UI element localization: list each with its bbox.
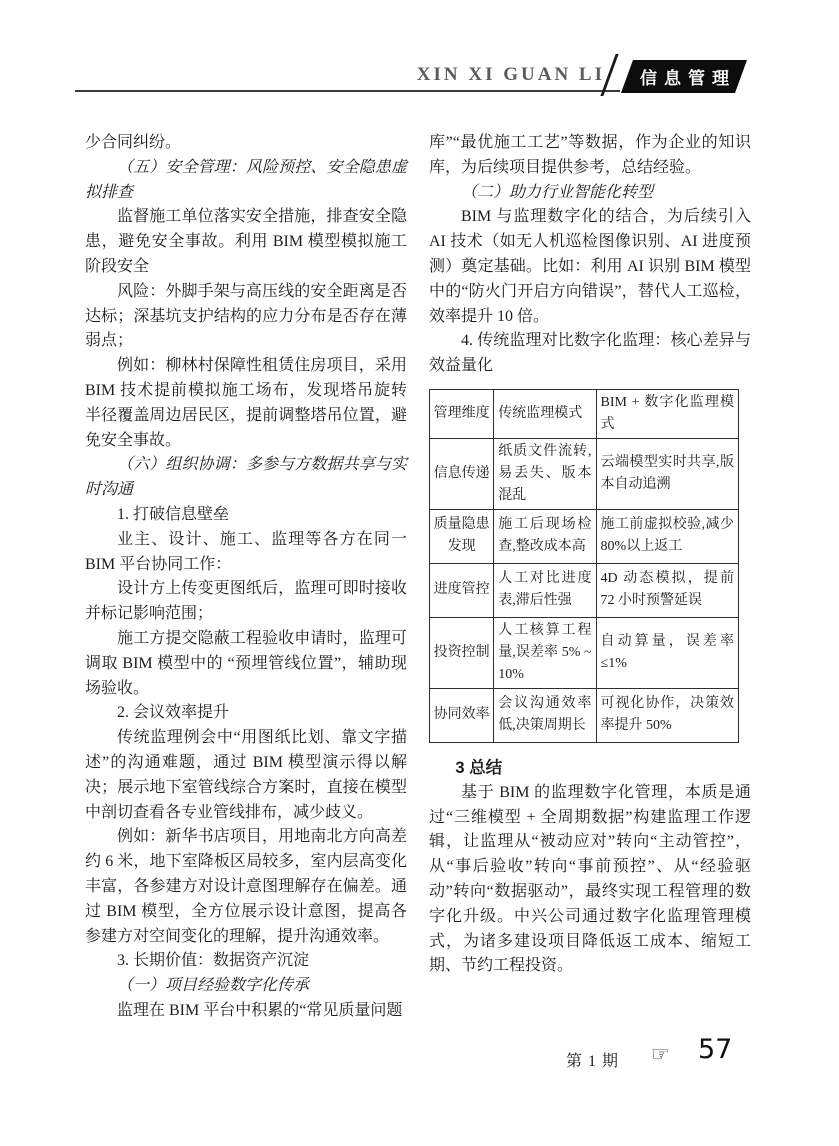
subsection-heading: （六）组织协调：多参与方数据共享与实时沟通 <box>85 453 407 503</box>
table-cell: 人工核算工程量,误差率 5% ~ 10% <box>494 617 596 688</box>
table-cell: 会议沟通效率低,决策周期长 <box>494 688 596 742</box>
paragraph: 施工方提交隐蔽工程验收申请时，监理可调取 BIM 模型中的 “预埋管线位置”，辅… <box>85 627 407 701</box>
subsection-heading: （五）安全管理：风险预控、安全隐患虚拟排查 <box>85 156 407 206</box>
paragraph: 4. 传统监理对比数字化监理：核心差异与效益量化 <box>429 329 751 379</box>
summary-heading: 3 总结 <box>429 756 751 781</box>
comparison-table: 管理维度传统监理模式BIM + 数字化监理模式信息传递纸质文件流转,易丢失、版本… <box>429 389 739 743</box>
table-header-cell: 管理维度 <box>430 389 494 438</box>
paragraph: 监督施工单位落实安全措施，排查安全隐患，避免安全事故。利用 BIM 模型模拟施工… <box>85 205 407 279</box>
table-cell: 4D 动态模拟，提前 72 小时预警延误 <box>596 563 738 617</box>
right-column: 库”“最优施工工艺”等数据，作为企业的知识库，为后续项目提供参考，总结经验。（二… <box>429 131 751 979</box>
comparison-table-wrap: 管理维度传统监理模式BIM + 数字化监理模式信息传递纸质文件流转,易丢失、版本… <box>429 389 751 743</box>
section-banner: 信息管理 <box>621 60 747 93</box>
table-header-row: 管理维度传统监理模式BIM + 数字化监理模式 <box>430 389 739 438</box>
pointing-hand-icon: ☞ <box>651 1042 670 1066</box>
table-cell: 人工对比进度表,滞后性强 <box>494 563 596 617</box>
table-row: 进度管控人工对比进度表,滞后性强4D 动态模拟，提前 72 小时预警延误 <box>430 563 739 617</box>
table-row: 协同效率会议沟通效率低,决策周期长可视化协作，决策效率提升 50% <box>430 688 739 742</box>
paragraph: 3. 长期价值：数据资产沉淀 <box>85 949 407 974</box>
paragraph: 业主、设计、施工、监理等各方在同一 BIM 平台协同工作： <box>85 528 407 578</box>
table-row: 信息传递纸质文件流转,易丢失、版本混乱云端模型实时共享,版本自动追溯 <box>430 438 739 509</box>
section-banner-label: 信息管理 <box>633 64 736 89</box>
table-cell: 进度管控 <box>430 563 494 617</box>
table-cell: 自动算量，误差率≤1% <box>596 617 738 688</box>
header-rule <box>75 90 620 92</box>
paragraph: 风险：外脚手架与高压线的安全距离是否达标；深基坑支护结构的应力分布是否存在薄弱点… <box>85 280 407 354</box>
table-cell: 信息传递 <box>430 438 494 509</box>
right-column-upper-text: 库”“最优施工工艺”等数据，作为企业的知识库，为后续项目提供参考，总结经验。（二… <box>429 131 751 379</box>
issue-label: 第 1 期 <box>566 1048 619 1071</box>
table-cell: 协同效率 <box>430 688 494 742</box>
paragraph: 库”“最优施工工艺”等数据，作为企业的知识库，为后续项目提供参考，总结经验。 <box>429 131 751 181</box>
paragraph: 基于 BIM 的监理数字化管理，本质是通过“三维模型 + 全周期数据”构建监理工… <box>429 781 751 979</box>
paragraph: 例如：柳林村保障性租赁住房项目，采用 BIM 技术提前模拟施工场布，发现塔吊旋转… <box>85 354 407 453</box>
header-romanized-title: XIN XI GUAN LI <box>417 64 605 86</box>
table-header-cell: 传统监理模式 <box>494 389 596 438</box>
paragraph: 2. 会议效率提升 <box>85 701 407 726</box>
subsection-heading: （一）项目经验数字化传承 <box>85 974 407 999</box>
page-footer: 第 1 期 ☞ 57 <box>0 1038 839 1078</box>
paragraph: 设计方上传变更图纸后，监理可即时接收并标记影响范围； <box>85 577 407 627</box>
paragraph: 监理在 BIM 平台中积累的“常见质量问题 <box>85 999 407 1024</box>
table-cell: 施工后现场检查,整改成本高 <box>494 509 596 563</box>
table-cell: 投资控制 <box>430 617 494 688</box>
table-cell: 纸质文件流转,易丢失、版本混乱 <box>494 438 596 509</box>
subsection-heading: （二）助力行业智能化转型 <box>429 181 751 206</box>
left-column: 少合同纠纷。（五）安全管理：风险预控、安全隐患虚拟排查监督施工单位落实安全措施，… <box>85 131 407 1024</box>
table-row: 投资控制人工核算工程量,误差率 5% ~ 10%自动算量，误差率≤1% <box>430 617 739 688</box>
table-header-cell: BIM + 数字化监理模式 <box>596 389 738 438</box>
journal-page: XIN XI GUAN LI 信息管理 少合同纠纷。（五）安全管理：风险预控、安… <box>0 0 839 1146</box>
page-number: 57 <box>698 1034 732 1065</box>
paragraph: 1. 打破信息壁垒 <box>85 503 407 528</box>
paragraph: 传统监理例会中“用图纸比划、靠文字描述”的沟通难题，通过 BIM 模型演示得以解… <box>85 726 407 825</box>
table-cell: 施工前虚拟校验,减少 80%以上返工 <box>596 509 738 563</box>
right-column-lower-text: 基于 BIM 的监理数字化管理，本质是通过“三维模型 + 全周期数据”构建监理工… <box>429 781 751 979</box>
table-cell: 云端模型实时共享,版本自动追溯 <box>596 438 738 509</box>
paragraph: 例如：新华书店项目，用地南北方向高差约 6 米，地下室降板区局较多，室内层高变化… <box>85 825 407 949</box>
paragraph: 少合同纠纷。 <box>85 131 407 156</box>
table-cell: 质量隐患发现 <box>430 509 494 563</box>
table-row: 质量隐患发现施工后现场检查,整改成本高施工前虚拟校验,减少 80%以上返工 <box>430 509 739 563</box>
paragraph: BIM 与监理数字化的结合，为后续引入 AI 技术（如无人机巡检图像识别、AI … <box>429 205 751 329</box>
table-cell: 可视化协作，决策效率提升 50% <box>596 688 738 742</box>
